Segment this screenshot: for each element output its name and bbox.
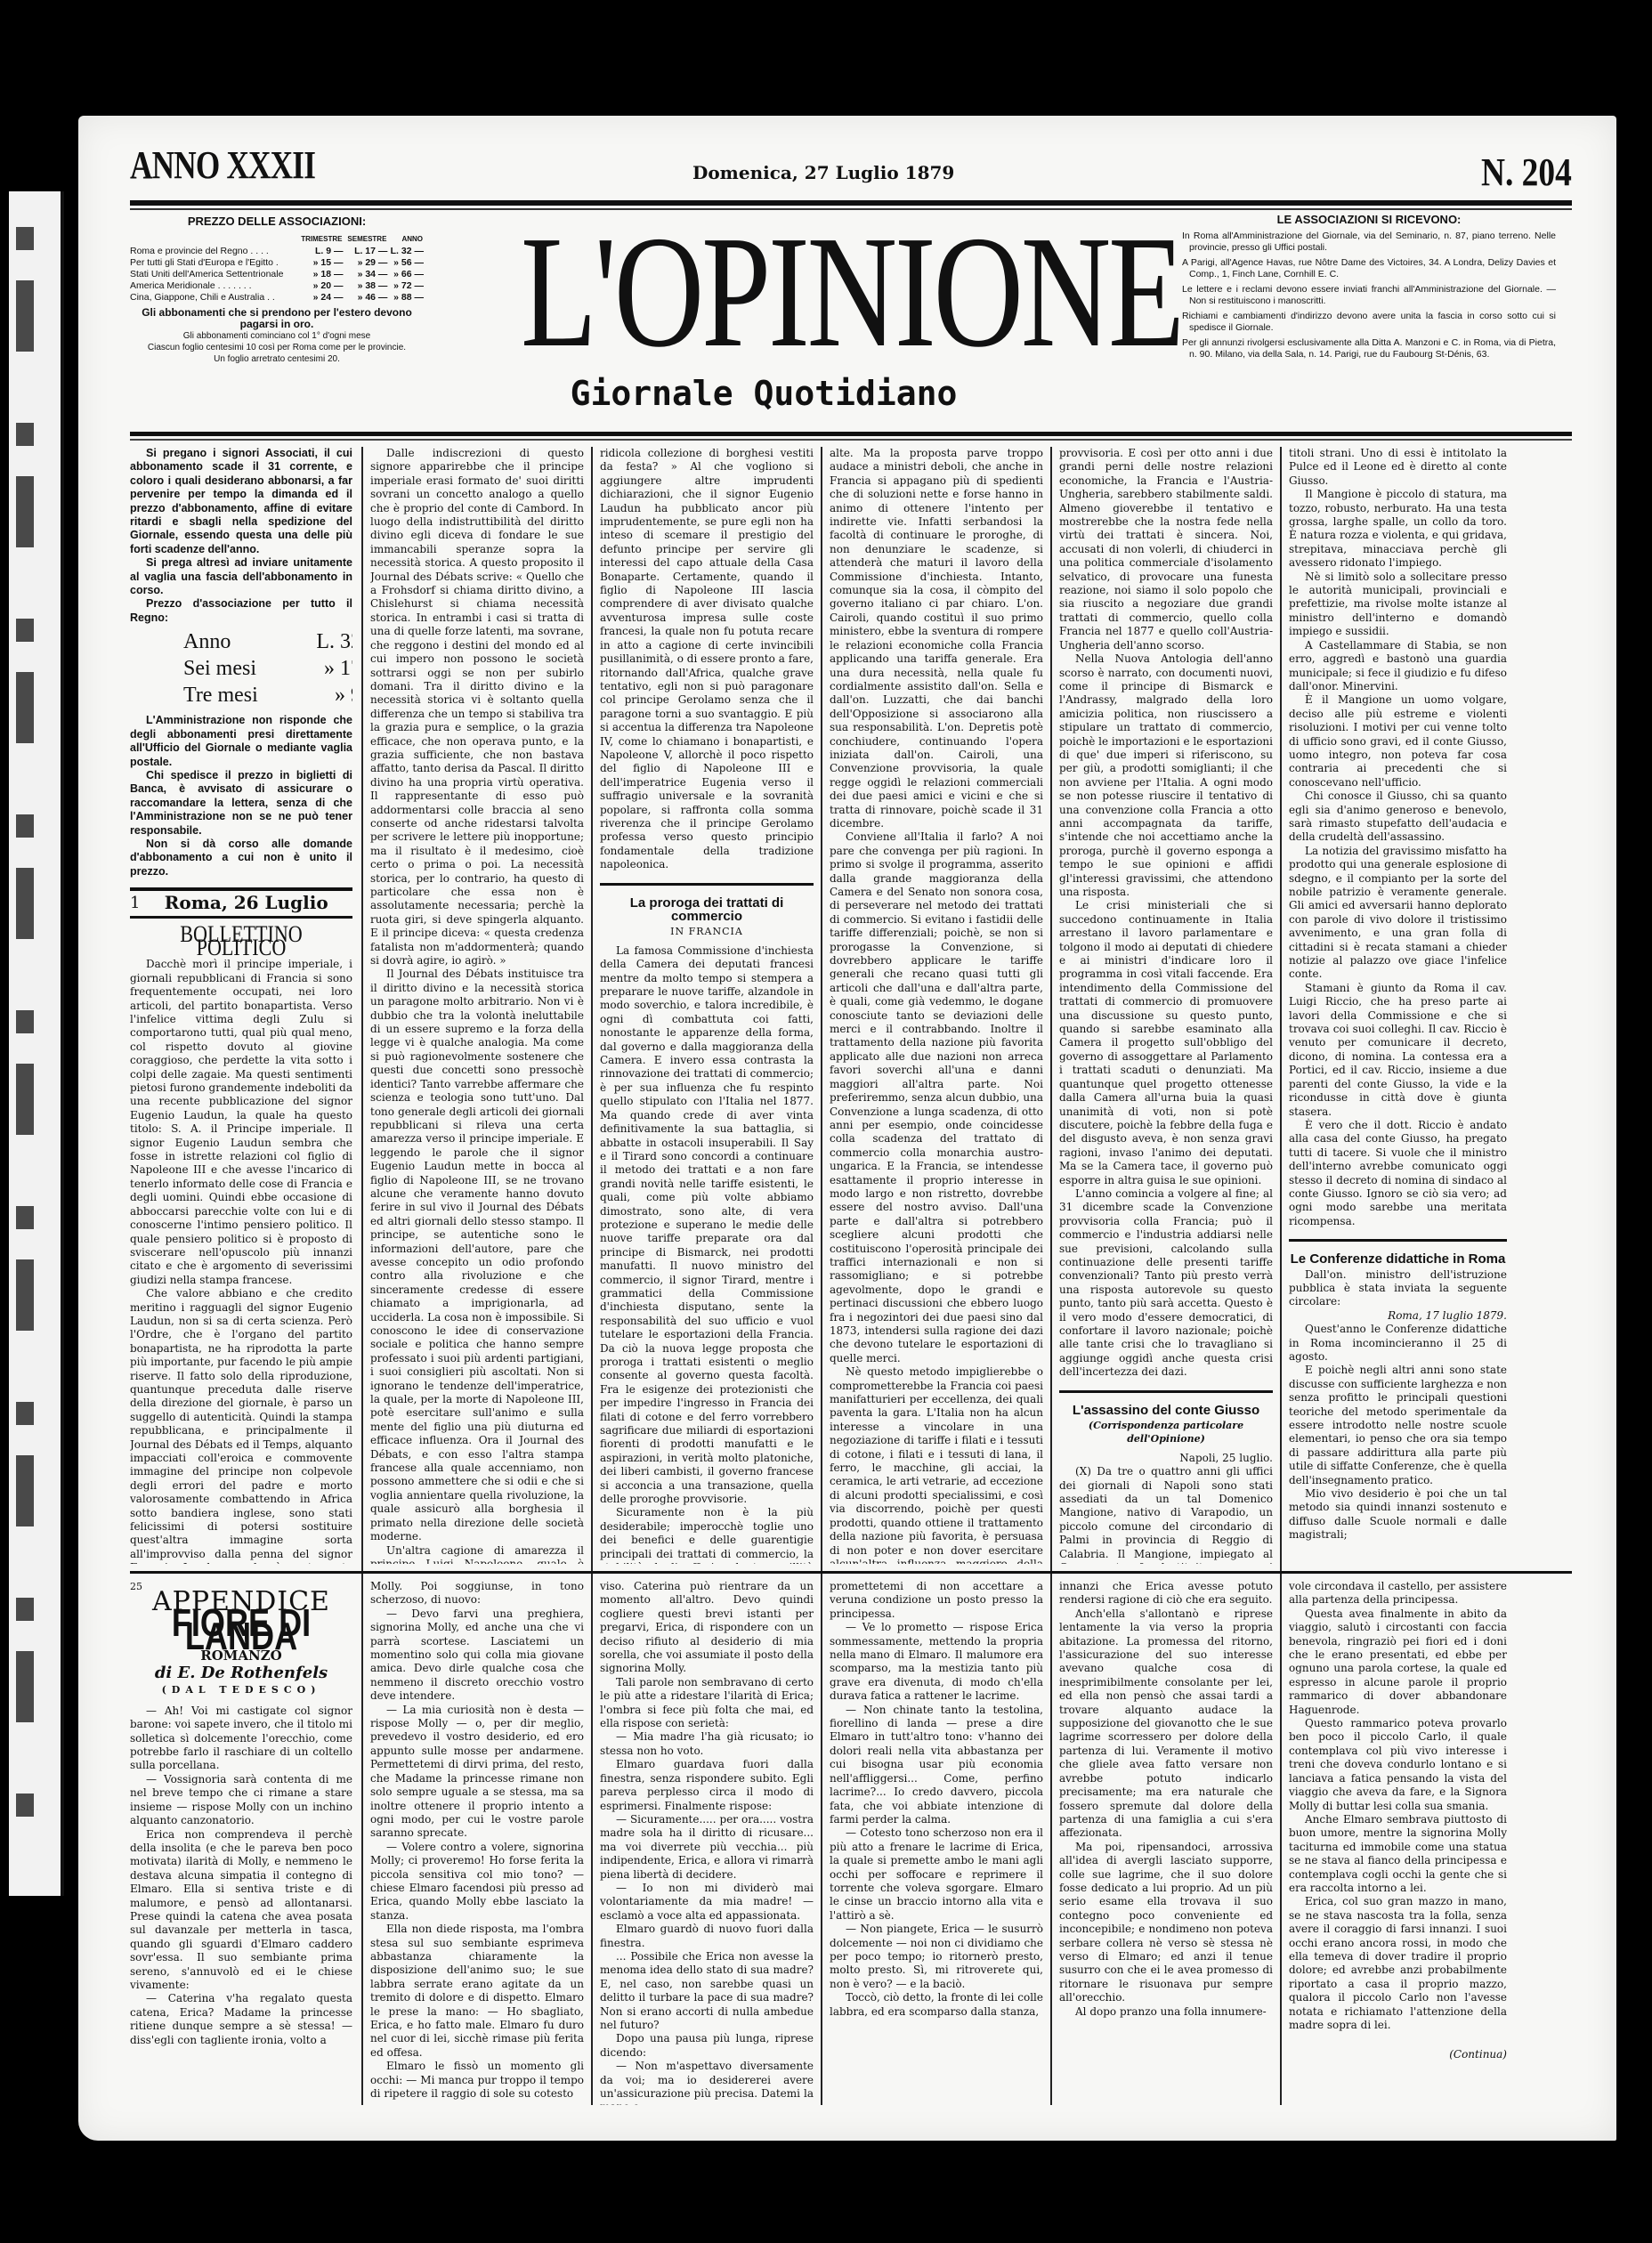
dateline: 1 Roma, 26 Luglio — [130, 887, 352, 918]
prices-heading: PREZZO DELLE ASSOCIAZIONI: — [130, 215, 424, 227]
newspaper-page: ANNO XXXII Domenica, 27 Luglio 1879 N. 2… — [78, 116, 1616, 2141]
paragraph: — Devo farvi una preghiera, signorina Mo… — [370, 1607, 584, 1704]
subscriptions-received-box: LE ASSOCIAZIONI SI RICEVONO: In Roma all… — [1182, 214, 1556, 364]
column-rule — [821, 447, 822, 1582]
paragraph: Non si dà corso alle domande d'abbonamen… — [130, 838, 352, 879]
paragraph: Al dopo pranzo una folla innumere- — [1059, 2005, 1273, 2019]
column-3: ridicola collezione di borghesi vestiti … — [600, 447, 814, 1564]
adjacent-page-strip — [9, 191, 64, 1896]
price-row: Cina, Giappone, Chili e Australia . .» 2… — [130, 292, 424, 304]
paragraph: — Vossignoria sarà contenta di me nel br… — [130, 1773, 352, 1828]
paragraph: ... Possibile che Erica non avesse la me… — [600, 1950, 814, 2032]
appendice-column-4: promettetemi di non accettare a veruna c… — [830, 1580, 1043, 2019]
article-title: Le Conferenze didattiche in Roma — [1289, 1252, 1507, 1266]
newspaper-title: L'OPINIONE — [521, 212, 1007, 372]
paragraph: — Non m'aspettavo diversamente da voi; m… — [600, 2060, 814, 2105]
price-row: Per tutti gli Stati d'Europa e l'Egitto … — [130, 257, 424, 269]
paragraph: A Castellammare di Stabia, se non erro, … — [1289, 639, 1507, 694]
column-2: Dalle indiscrezioni di questo signore ap… — [370, 447, 584, 1564]
column-1: Si pregano i signori Associati, il cui a… — [130, 447, 352, 1564]
paragraph: Nè questo metodo impiglierebbe o comprom… — [830, 1365, 1043, 1564]
gold-payment-notice: Gli abbonamenti che si prendono per l'es… — [130, 307, 424, 330]
bollettino-politico-text: Dacchè morì il principe imperiale, i gio… — [130, 958, 352, 1564]
column-rule — [1050, 447, 1052, 1582]
subscription-office-item: Richiami e cambiamenti d'indirizzo devon… — [1182, 311, 1556, 334]
article-title: La proroga dei trattati di commercio — [600, 896, 814, 924]
paragraph: — Ve lo prometto — rispose Erica sommess… — [830, 1621, 1043, 1703]
paragraph: Chi spedisce il prezzo in biglietti di B… — [130, 769, 352, 838]
paragraph: (X) Da tre o quattro anni gli uffici dei… — [1059, 1465, 1273, 1564]
price-row: Roma e provincie del Regno . . . .L. 9 —… — [130, 246, 424, 257]
subscription-notice: Si pregano i signori Associati, il cui a… — [130, 447, 352, 625]
paragraph: innanzi che Erica avesse potuto rendersi… — [1059, 1580, 1273, 1607]
paragraph: — Mia madre l'ha già ricusato; io stessa… — [600, 1730, 814, 1758]
paragraph: — Ah! Voi mi castigate col signor barone… — [130, 1705, 352, 1773]
appendice-column-1: 25 APPENDICE FIORE DI LANDA ROMANZO di E… — [130, 1580, 352, 2047]
paragraph: — Io non mi dividerò mai volontariamente… — [600, 1882, 814, 1923]
paragraph: Dacchè morì il principe imperiale, i gio… — [130, 958, 352, 1287]
administration-notice: L'Amministrazione non risponde che degli… — [130, 714, 352, 879]
domestic-rates: AnnoL. 32Sei mesi» 17Tre mesi» 9 — [183, 628, 352, 709]
subscription-office-item: Per gli annunzi rivolgersi esclusivament… — [1182, 337, 1556, 360]
price-row: Stati Uniti dell'America Settentrionale»… — [130, 269, 424, 280]
column-4: alte. Ma la proposta parve troppo audace… — [830, 447, 1043, 1564]
paragraph: Nè si limitò solo a sollecitare presso l… — [1289, 571, 1507, 639]
paragraph: Questa avea finalmente in abito da viagg… — [1289, 1607, 1507, 1717]
paragraph: Tali parole non sembravano di certo le p… — [600, 1676, 814, 1731]
appendice-column-3: viso. Caterina può rientrare da un momen… — [600, 1580, 814, 2105]
paragraph: — Sicuramente..... per ora..... vostra m… — [600, 1813, 814, 1882]
paragraph: Sicuramente non è la più desiderabile; i… — [600, 1506, 814, 1564]
novel-title: FIORE DI LANDA — [150, 1616, 333, 1644]
feuilleton-rule — [130, 1571, 1572, 1574]
paragraph: Conviene all'Italia il farlo? A noi pare… — [830, 830, 1043, 1365]
issue-number: N. 204 — [1481, 150, 1572, 195]
paragraph: — Cotesto tono scherzoso non era il più … — [830, 1826, 1043, 1923]
paragraph: Toccò, ciò detto, la fronte di lei colle… — [830, 1991, 1043, 2019]
paragraph: Molly. Poi soggiunse, in tono scherzoso,… — [370, 1580, 584, 1607]
paragraph: Quest'anno le Conferenze didattiche in R… — [1289, 1323, 1507, 1364]
paragraph: viso. Caterina può rientrare da un momen… — [600, 1580, 814, 1676]
paragraph: Anche Elmaro sembrava piuttosto di buon … — [1289, 1813, 1507, 1895]
paragraph: Elmaro guardava fuori dalla finestra, se… — [600, 1758, 814, 1813]
rate-row: Tre mesi» 9 — [183, 682, 352, 709]
price-row: America Meridionale . . . . . . .» 20 —»… — [130, 280, 424, 292]
paragraph: titoli strani. Uno di essi è intitolato … — [1289, 447, 1507, 488]
paragraph: ridicola collezione di borghesi vestiti … — [600, 447, 814, 872]
column-rule — [591, 1580, 593, 2105]
paragraph: — Non piangete, Erica — le susurrò dolce… — [830, 1923, 1043, 1991]
column-rule — [1280, 447, 1282, 1582]
paragraph: provvisoria. E così per otto anni i due … — [1059, 447, 1273, 652]
newspaper-subtitle: Giornale Quotidiano — [452, 374, 1075, 413]
masthead-bottom-rule — [130, 432, 1572, 436]
paragraph: Elmaro le fissò un momento gli occhi: — … — [370, 2060, 584, 2101]
paragraph: — Volere contro a volere, signorina Moll… — [370, 1841, 584, 1923]
article-separator — [1289, 1239, 1507, 1242]
section-title: BOLLETTINO POLITICO — [147, 927, 336, 955]
article-separator — [1059, 1390, 1273, 1393]
column-rule — [361, 1580, 363, 2105]
continua-note: (Continua) — [1289, 2048, 1507, 2061]
paragraph: L'Amministrazione non risponde che degli… — [130, 714, 352, 769]
paragraph: Anch'ella s'allontanò e riprese lentamen… — [1059, 1607, 1273, 1841]
appendice-column-6: vole circondava il castello, per assiste… — [1289, 1580, 1507, 2062]
paragraph: Stamani è giunto da Roma il cav. Luigi R… — [1289, 982, 1507, 1119]
paragraph: — La mia curiosità non è desta — rispose… — [370, 1704, 584, 1841]
paragraph: vole circondava il castello, per assiste… — [1289, 1580, 1507, 1607]
article-title: L'assassino del conte Giusso — [1059, 1404, 1273, 1417]
column-rule — [1280, 1580, 1282, 2105]
appendice-column-2: Molly. Poi soggiunse, in tono scherzoso,… — [370, 1580, 584, 2101]
column-rule — [1050, 1580, 1052, 2105]
column-rule — [361, 447, 363, 1582]
paragraph: alte. Ma la proposta parve troppo audace… — [830, 447, 1043, 830]
paragraph: Dall'on. ministro dell'istruzione pubbli… — [1289, 1268, 1507, 1309]
paragraph: La notizia del gravissimo misfatto ha pr… — [1289, 845, 1507, 982]
paragraph: Si prega altresì ad inviare unitamente a… — [130, 556, 352, 597]
column-5: provvisoria. E così per otto anni i due … — [1059, 447, 1273, 1564]
subscription-office-item: In Roma all'Amministrazione del Giornale… — [1182, 231, 1556, 254]
paragraph: promettetemi di non accettare a veruna c… — [830, 1580, 1043, 1621]
paragraph: Le crisi ministeriali che si succedono c… — [1059, 899, 1273, 1187]
paragraph: Elmaro guardò di nuovo fuori dalla fines… — [600, 1923, 814, 1950]
appendice-column-5: innanzi che Erica avesse potuto rendersi… — [1059, 1580, 1273, 2019]
paragraph: — Caterina v'ha regalato questa catena, … — [130, 1992, 352, 2047]
paragraph: Nella Nuova Antologia dell'anno scorso è… — [1059, 652, 1273, 899]
subscription-office-item: A Parigi, all'Agence Havas, rue Nôtre Da… — [1182, 257, 1556, 280]
paragraph: Prezzo d'associazione per tutto il Regno… — [130, 597, 352, 625]
paragraph: Un'altra cagione di amarezza il principe… — [370, 1544, 584, 1565]
paragraph: Erica, col suo gran mazzo in mano, se ne… — [1289, 1895, 1507, 2032]
prices-table: TRIMESTRE SEMESTRE ANNO Roma e provincie… — [130, 232, 424, 304]
subscription-prices-box: PREZZO DELLE ASSOCIAZIONI: TRIMESTRE SEM… — [130, 215, 424, 365]
paragraph: E poichè negli altri anni sono state dis… — [1289, 1364, 1507, 1487]
paragraph: Questo rammarico poteva provarlo ben poc… — [1289, 1717, 1507, 1813]
paragraph: Dalle indiscrezioni di questo signore ap… — [370, 447, 584, 968]
paragraph: Ma poi, ripensandoci, arrossiva all'idea… — [1059, 1841, 1273, 2005]
paragraph: Il Mangione è piccolo di statura, ma toz… — [1289, 488, 1507, 570]
article-separator — [600, 883, 814, 886]
subscription-office-item: Le lettere e i reclami devono essere inv… — [1182, 284, 1556, 307]
paragraph: È vero che il dott. Riccio è andato alla… — [1289, 1119, 1507, 1228]
rate-row: AnnoL. 32 — [183, 628, 352, 655]
rate-row: Sei mesi» 17 — [183, 655, 352, 682]
paragraph: Che valore abbiano e che credito meritin… — [130, 1287, 352, 1564]
column-rule — [821, 1580, 822, 2105]
paragraph: — Non chinate tanto la testolina, fiorel… — [830, 1704, 1043, 1827]
paragraph: La famosa Commissione d'inchiesta della … — [600, 944, 814, 1507]
paragraph: Il Journal des Débats instituisce tra il… — [370, 968, 584, 1543]
masthead-bottom-rule-thin — [130, 439, 1572, 441]
issue-date: Domenica, 27 Luglio 1879 — [692, 162, 954, 183]
paragraph: Si pregano i signori Associati, il cui a… — [130, 447, 352, 556]
column-6: titoli strani. Uno di essi è intitolato … — [1289, 447, 1507, 1543]
paragraph: È il Mangione un uomo volgare, deciso al… — [1289, 693, 1507, 790]
novel-author: di E. De Rothenfels — [130, 1666, 352, 1680]
year-label: ANNO XXXII — [130, 142, 315, 188]
paragraph: Dopo una pausa più lunga, riprese dicend… — [600, 2032, 814, 2060]
paragraph: Mio vivo desiderio è poi che un tal meto… — [1289, 1487, 1507, 1543]
column-rule — [591, 447, 593, 1582]
paragraph: L'anno comincia a volgere al fine; al 31… — [1059, 1187, 1273, 1380]
paragraph: Erica non comprendeva il perchè della in… — [130, 1828, 352, 1993]
paragraph: Ella non diede risposta, ma l'ombra stes… — [370, 1923, 584, 2060]
paragraph: Chi conosce il Giusso, chi sa quanto egl… — [1289, 790, 1507, 845]
